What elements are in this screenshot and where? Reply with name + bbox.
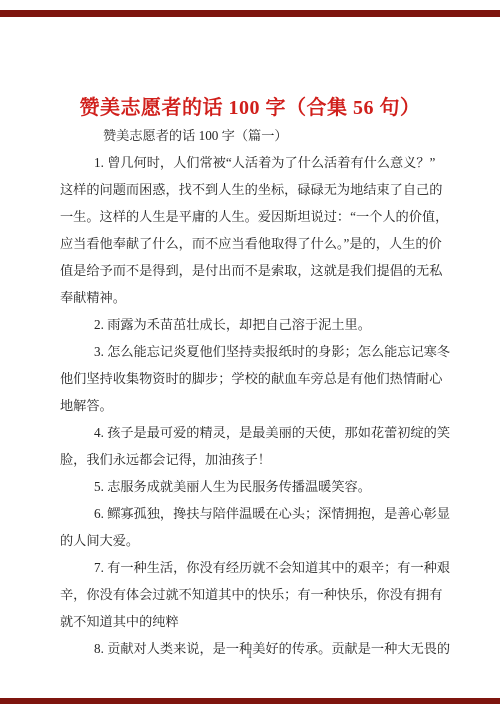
text-line: 地解答。 [60, 392, 442, 419]
paragraph-lines: 1. 曾几何时，人们常被“人活着为了什么活着有什么意义？”这样的问题而困惑，找不… [60, 149, 442, 662]
text-line: 应当看他奉献了什么，而不应当看他取得了什么。”是的，人生的价 [60, 230, 442, 257]
text-line: 他们坚持收集物资时的脚步；学校的献血车旁总是有他们热情耐心 [60, 365, 442, 392]
text-line: 一生。这样的人生是平庸的人生。爱因斯坦说过：“一个人的价值， [60, 203, 442, 230]
text-line: 5. 志服务成就美丽人生为民服务传播温暖笑容。 [60, 473, 442, 500]
document-page: { "page": { "accent_color": "#7e150e", "… [0, 0, 500, 708]
text-line: 脸，我们永远都会记得，加油孩子！ [60, 446, 442, 473]
document-title: 赞美志愿者的话 100 字（合集 56 句） [0, 91, 500, 120]
text-line: 1. 曾几何时，人们常被“人活着为了什么活着有什么意义？” [60, 149, 442, 176]
text-line: 值是给予而不是得到，是付出而不是索取，这就是我们提倡的无私 [60, 257, 442, 284]
text-line: 这样的问题而困惑，找不到人生的坐标，碌碌无为地结束了自己的 [60, 176, 442, 203]
text-line: 3. 怎么能忘记炎夏他们坚持卖报纸时的身影；怎么能忘记寒冬 [60, 338, 442, 365]
text-line: 的人间大爱。 [60, 527, 442, 554]
page-number: 1 [0, 649, 500, 661]
text-line: 奉献精神。 [60, 284, 442, 311]
text-line: 4. 孩子是最可爱的精灵，是最美丽的天使，那如花蕾初绽的笑 [60, 419, 442, 446]
text-line: 7. 有一种生活，你没有经历就不会知道其中的艰辛；有一种艰 [60, 554, 442, 581]
bottom-border-bar [0, 698, 500, 704]
document-body: 赞美志愿者的话 100 字（篇一） 1. 曾几何时，人们常被“人活着为了什么活着… [60, 122, 442, 662]
text-line: 就不知道其中的纯粹 [60, 608, 442, 635]
text-line: 2. 雨露为禾苗茁壮成长，却把自己溶于泥土里。 [60, 311, 442, 338]
text-line: 6. 鳏寡孤独，搀扶与陪伴温暖在心头；深情拥抱，是善心彰显 [60, 500, 442, 527]
section-heading: 赞美志愿者的话 100 字（篇一） [60, 122, 442, 149]
text-line: 辛，你没有体会过就不知道其中的快乐；有一种快乐，你没有拥有 [60, 581, 442, 608]
top-border-bar [0, 10, 500, 17]
